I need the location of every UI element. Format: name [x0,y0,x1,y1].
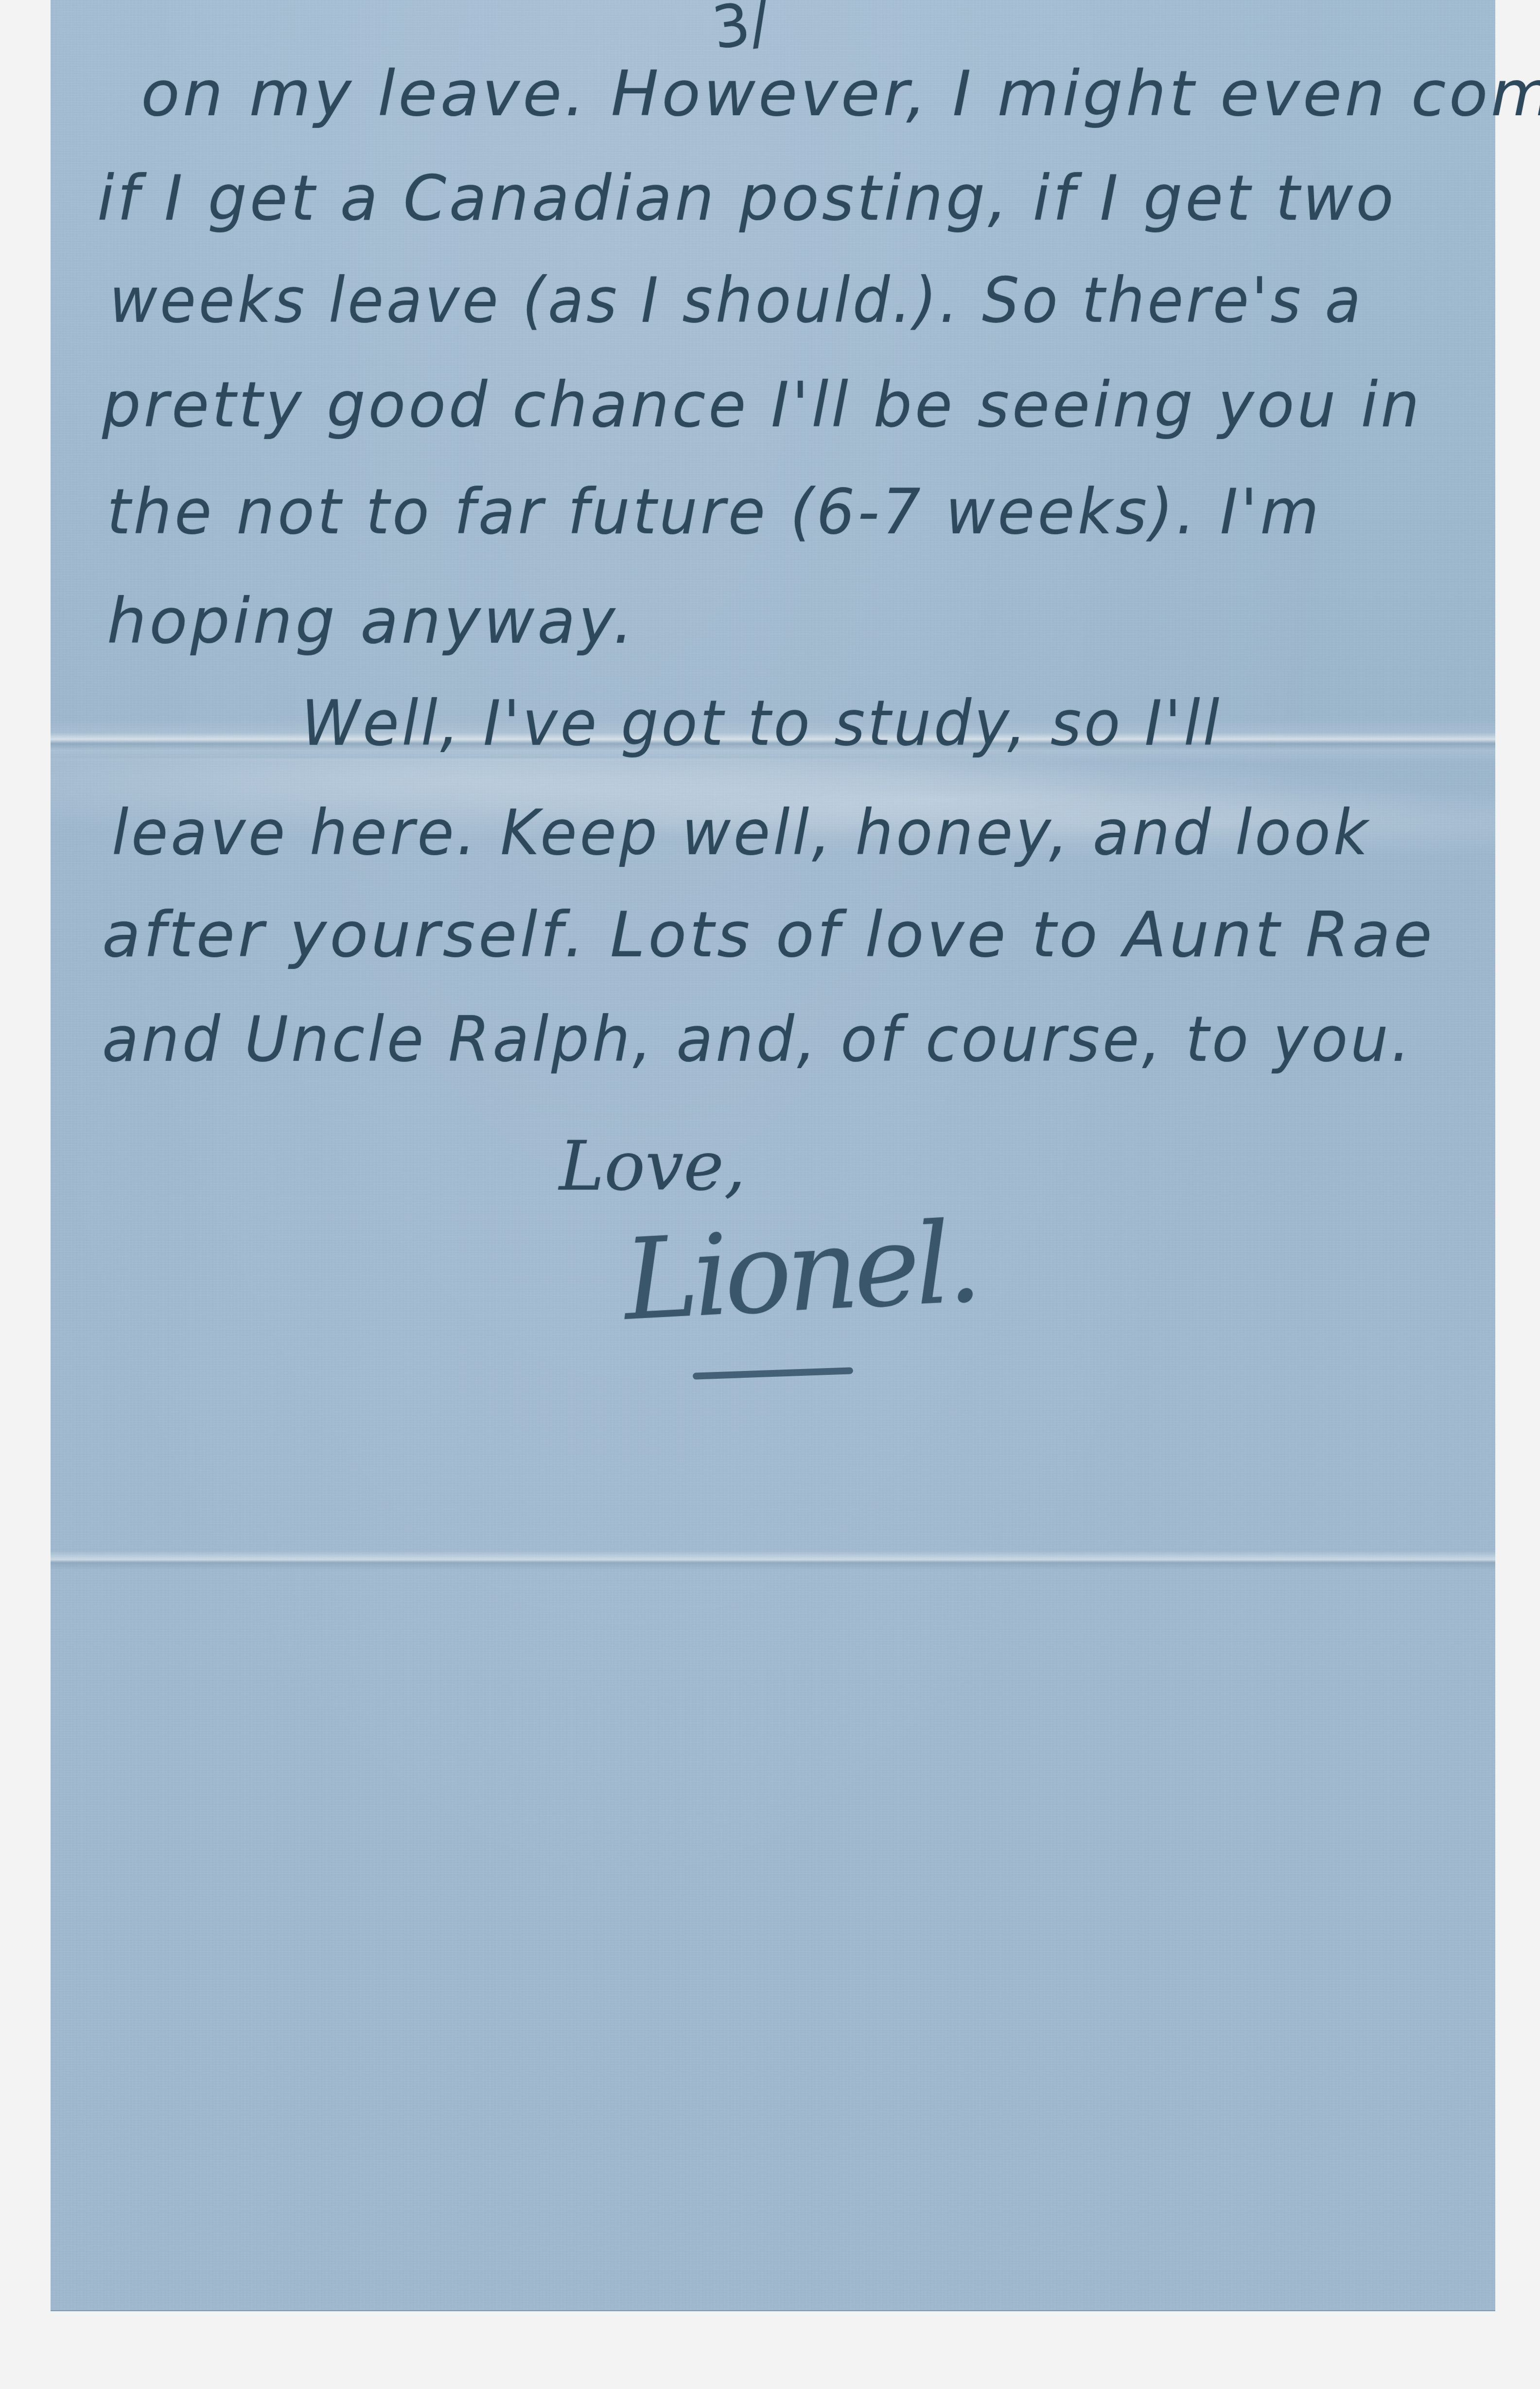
letter-line-6: hoping anyway. [107,591,636,653]
letter-line-1: on my leave. However, I might even come [141,63,1540,125]
signature: Lionel. [621,1207,980,1337]
letter-line-9: after yourself. Lots of love to Aunt Rae [102,904,1435,966]
letter-line-7: Well, I've got to study, so I'll [301,693,1222,755]
letter-line-2: if I get a Canadian posting, if I get tw… [97,168,1397,230]
letter-line-10: and Uncle Ralph, and, of course, to you. [102,1009,1413,1071]
closing-salutation: Love, [559,1133,746,1201]
letter-line-3: weeks leave (as I should.). So there's a [109,270,1364,332]
fold-crease-lower [51,1551,1495,1570]
page-number: 3/ [709,0,773,58]
letter-line-8: leave here. Keep well, honey, and look [112,802,1371,864]
letter-line-5: the not to far future (6-7 weeks). I'm [107,481,1322,544]
letter-paper [51,0,1495,2310]
letter-line-4: pretty good chance I'll be seeing you in [102,374,1422,437]
